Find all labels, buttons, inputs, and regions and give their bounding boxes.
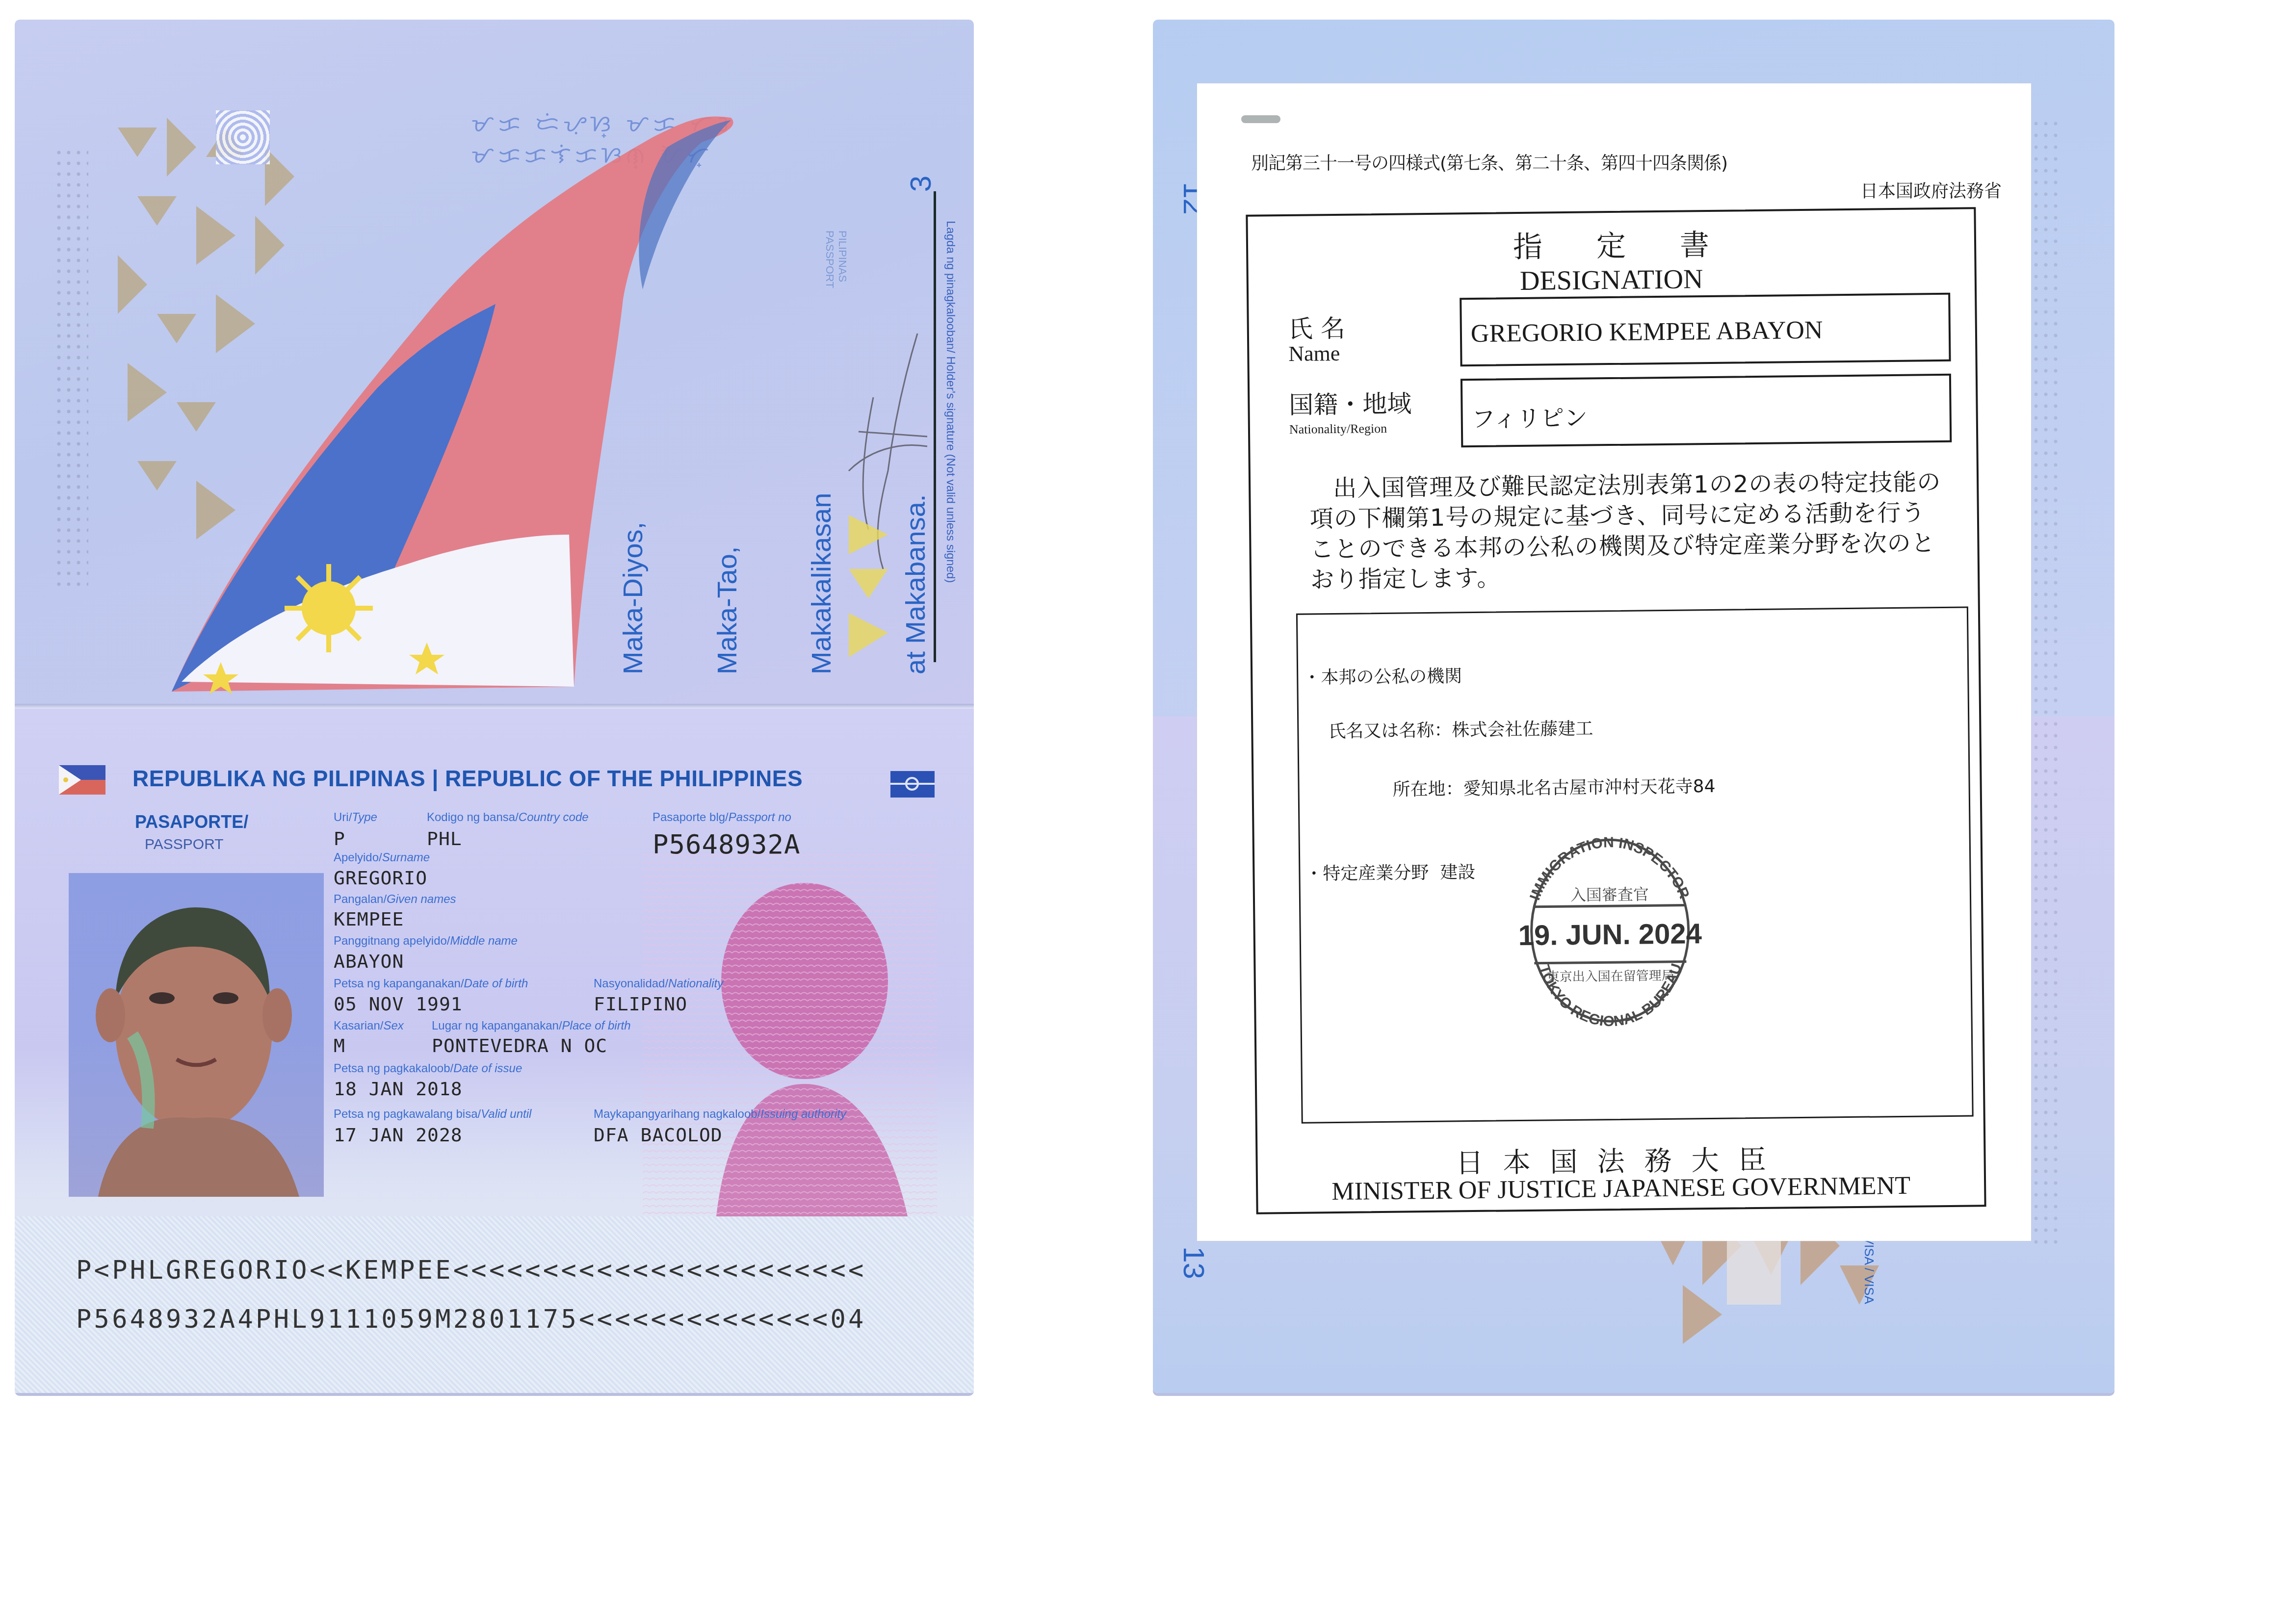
dob-value: 05 NOV 1991 (334, 993, 463, 1015)
place-of-birth-label: Lugar ng kapanganakan/Place of birth (432, 1019, 631, 1033)
signature-line (934, 191, 936, 662)
passport-visa-page: ᜋᜃ ᜇᜒᜌᜓᜐ᜔ ᜋᜃ ᜆᜂ ᜋᜃᜃᜎᜒᜃᜐᜈ᜔ ᜀᜆ᜔ Maka-Diyos… (15, 20, 974, 706)
organization-box: ・本邦の公私の機関 氏名又は名称：株式会社佐藤建工 所在地：愛知県北名古屋市沖村… (1296, 606, 1974, 1123)
middle-name-label: Panggitnang apelyido/Middle name (334, 934, 518, 948)
organization-name-label: 氏名又は名称： (1328, 721, 1452, 742)
type-label: Uri/Type (334, 811, 377, 824)
issuer-reference: 日本国政府法務省 (1860, 178, 2002, 203)
name-field: GREGORIO KEMPEE ABAYON (1460, 293, 1951, 366)
philippine-flag-icon (59, 765, 105, 795)
portrait-illustration (69, 873, 324, 1197)
given-names-value: KEMPEE (334, 908, 404, 930)
designation-statement: 出入国管理及び難民認定法別表第1の2の表の特定技能の項の下欄第1号の規定に基づき… (1309, 467, 1949, 595)
nationality-field: フィリピン (1461, 374, 1952, 447)
title-jp: 指定書 (1248, 219, 1975, 268)
date-of-issue-label: Petsa ng pagkakaloob/Date of issue (334, 1062, 522, 1076)
given-names-label: Pangalan/Given names (334, 893, 456, 906)
country-code-value: PHL (427, 828, 462, 850)
sex-label: Kasarian/Sex (334, 1019, 404, 1033)
mrz-line-1: P<PHLGREGORIO<<KEMPEE<<<<<<<<<<<<<<<<<<<… (76, 1256, 866, 1285)
document-title: PASAPORTE/ (135, 812, 248, 832)
issuing-authority-label: Maykapangyarihang nagkaloob/Issuing auth… (594, 1108, 846, 1121)
nationality-label-jp: 国籍・地域 (1289, 384, 1412, 421)
designation-sheet: 別記第三十一号の四様式(第七条、第二十条、第四十四条関係) 日本国政府法務省 指… (1197, 83, 2031, 1241)
form-reference: 別記第三十一号の四様式(第七条、第二十条、第四十四条関係) (1251, 150, 1727, 175)
motto-line: Maka-Tao, (711, 493, 743, 674)
place-of-birth-value: PONTEVEDRA N OC (432, 1035, 607, 1056)
motto-line: Maka-Diyos, (617, 493, 649, 674)
industry-field: ・特定産業分野 建設 (1305, 858, 1475, 885)
designation-frame: 指定書 DESIGNATION 氏 名 Name GREGORIO KEMPEE… (1246, 207, 1986, 1214)
industry-value: 建設 (1440, 862, 1475, 883)
organization-address-label: 所在地： (1392, 779, 1463, 800)
sex-value: M (334, 1035, 345, 1056)
mrz-line-2: P5648932A4PHL9111059M2801175<<<<<<<<<<<<… (76, 1305, 866, 1334)
name-label-en: Name (1288, 341, 1340, 366)
nationality-label: Nasyonalidad/Nationality (594, 977, 723, 991)
philippine-passport: ᜋᜃ ᜇᜒᜌᜓᜐ᜔ ᜋᜃ ᜆᜂ ᜋᜃᜃᜎᜒᜃᜐᜈ᜔ ᜀᜆ᜔ Maka-Diyos… (15, 20, 974, 1393)
svg-text:19. JUN. 2024: 19. JUN. 2024 (1518, 918, 1702, 952)
svg-text:入国審査官: 入国審査官 (1570, 885, 1649, 904)
perforation-pattern (54, 147, 88, 589)
yellow-security-mark (849, 515, 888, 662)
perforation-pattern (2031, 118, 2061, 1246)
type-value: P (334, 828, 345, 850)
nationality-value: FILIPINO (594, 993, 687, 1015)
passport-number-label: Pasaporte blg/Passport no (652, 811, 791, 824)
immigration-stamp: IMMIGRATION INSPECTOR 入国審査官 19. JUN. 202… (1506, 831, 1714, 1030)
nationality-label-en: Nationality/Region (1289, 421, 1387, 437)
passport-side-label: PILIPINAS PASSPORT (823, 231, 849, 288)
organization-address-value: 愛知県北名古屋市沖村天花寺84 (1463, 776, 1715, 799)
holder-photo (69, 873, 324, 1197)
biometric-chip-icon (890, 771, 935, 798)
valid-until-label: Petsa ng pagkawalang bisa/Valid until (334, 1108, 531, 1121)
document-subtitle: PASSPORT (145, 836, 224, 853)
country-code-label: Kodigo ng bansa/Country code (427, 811, 589, 824)
date-of-issue-value: 18 JAN 2018 (334, 1078, 463, 1100)
surname-label: Apelyido/Surname (334, 851, 430, 865)
ghost-image (643, 853, 937, 1216)
organization-address: 所在地：愛知県北名古屋市沖村天花寺84 (1392, 773, 1715, 801)
passport-header: REPUBLIKA NG PILIPINAS | REPUBLIC OF THE… (132, 765, 803, 792)
passport-fold (15, 704, 974, 709)
ghost-portrait (643, 853, 937, 1216)
dob-label: Petsa ng kapanganakan/Date of birth (334, 977, 528, 991)
issuing-authority-value: DFA BACOLOD (594, 1124, 723, 1146)
visa-side-label: VISA / VISA (1861, 1236, 1877, 1304)
industry-label: ・特定産業分野 (1305, 863, 1429, 884)
organization-heading: ・本邦の公私の機関 (1303, 662, 1462, 689)
organization-name: 氏名又は名称：株式会社佐藤建工 (1328, 715, 1593, 743)
valid-until-value: 17 JAN 2028 (334, 1124, 463, 1146)
page-number-bottom: 13 (1177, 1246, 1211, 1279)
organization-name-value: 株式会社佐藤建工 (1452, 719, 1593, 740)
surname-value: GREGORIO (334, 867, 427, 889)
staple-mark (1241, 115, 1280, 123)
svg-text:東京出入国在留管理局: 東京出入国在留管理局 (1547, 969, 1674, 985)
page-number: 3 (904, 176, 938, 192)
middle-name-value: ABAYON (334, 951, 404, 972)
name-label-jp: 氏 名 (1288, 309, 1345, 345)
signature-caption: Lagda ng pinagkalooban/ Holder's signatu… (943, 221, 957, 583)
